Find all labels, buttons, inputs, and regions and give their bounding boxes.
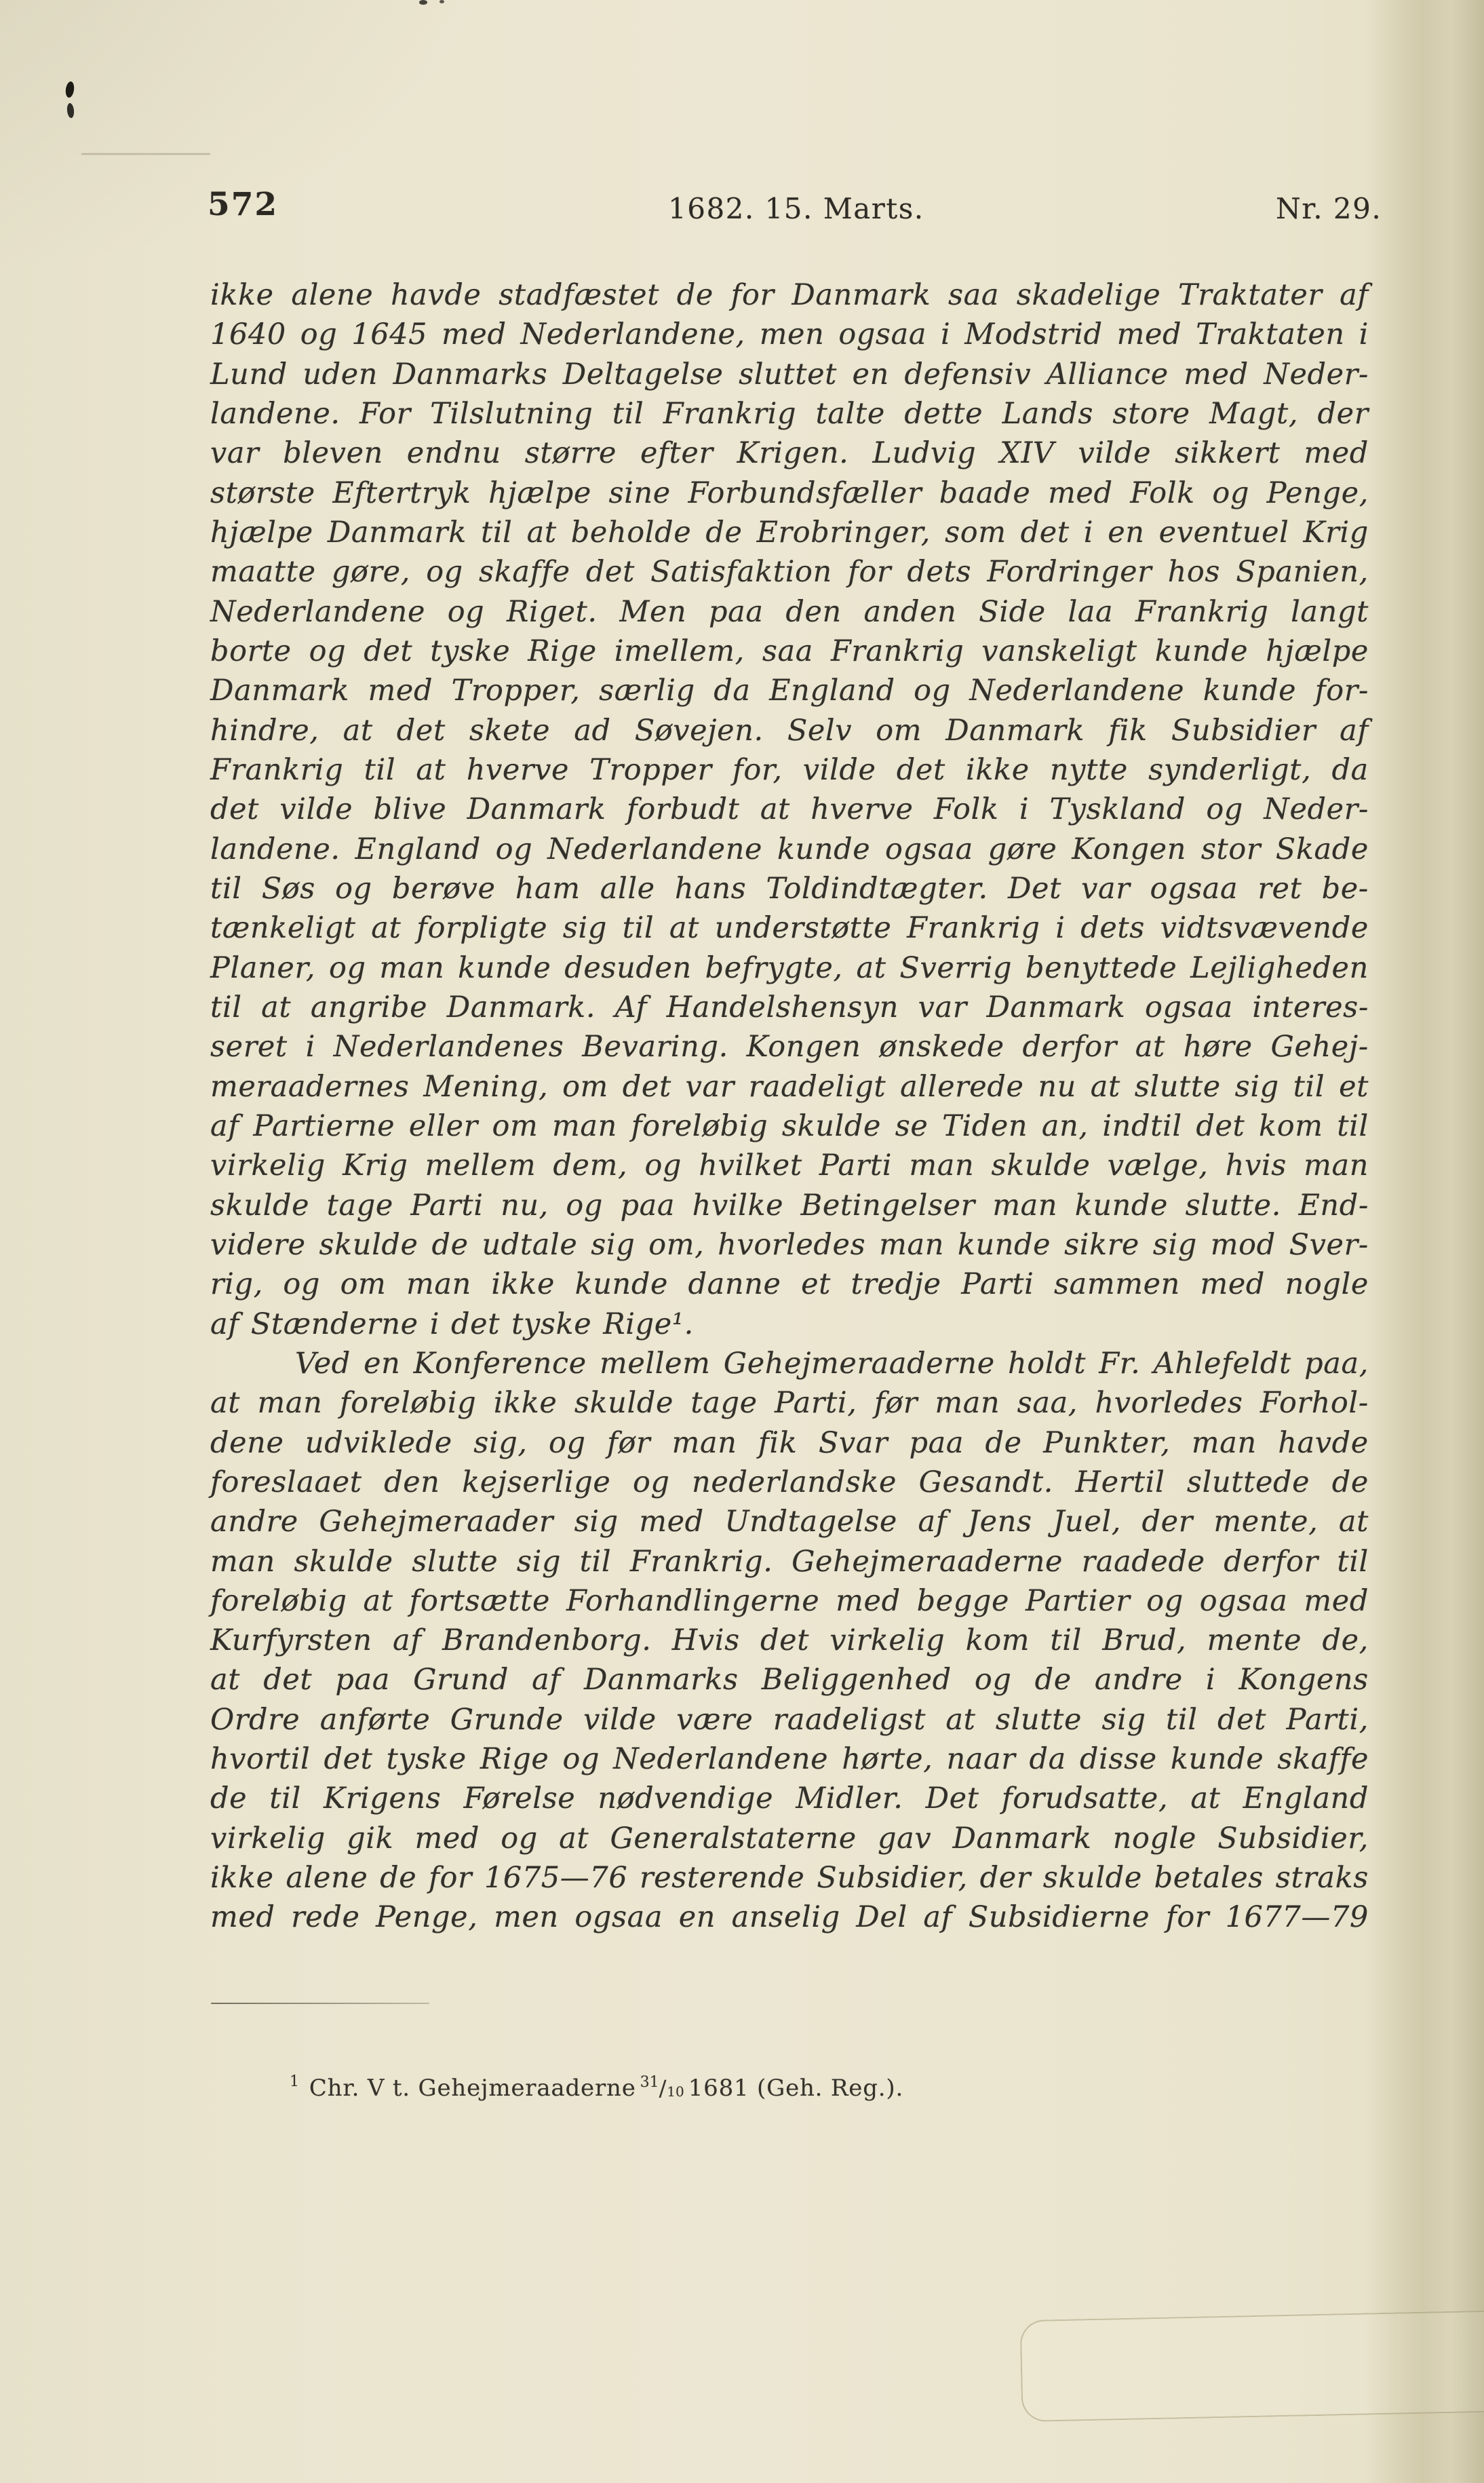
text-line: Planer,ogmankundedesudenbefrygte,atSverr… bbox=[210, 951, 1369, 990]
text-line: detvildebliveDanmarkforbudtathverveFolki… bbox=[210, 792, 1369, 832]
text-line: afPartierneellerommanforeløbigskuldeseTi… bbox=[210, 1109, 1369, 1149]
footnote-source: 1681 (Geh. Reg.). bbox=[688, 2075, 903, 2102]
text-line: hindre,atdetsketeadSøvejen.SelvomDanmark… bbox=[210, 714, 1369, 753]
text-line: borteogdettyskeRigeimellem,saaFrankrigva… bbox=[210, 634, 1369, 674]
text-line: ikkealenedefor1675—76resterendeSubsidier… bbox=[210, 1861, 1369, 1900]
ink-speck bbox=[64, 81, 75, 98]
text-line: medredePenge,menogsaaenanseligDelafSubsi… bbox=[210, 1900, 1369, 1940]
scanned-book-page: 572 1682. 15. Marts. Nr. 29. ikkealeneha… bbox=[0, 0, 1484, 2483]
text-line: deneudvikledesig,ogførmanfikSvarpaadePun… bbox=[210, 1426, 1369, 1465]
text-line: tilSøsogberøvehamallehansToldindtægter.D… bbox=[210, 872, 1369, 911]
paragraph: ikkealenehavdestadfæstetdeforDanmarksaas… bbox=[210, 278, 1369, 1347]
faint-pocket-outline bbox=[1020, 2309, 1484, 2422]
footnote-date-fraction: 31/10 bbox=[640, 2075, 684, 2102]
text-line: størsteEftertrykhjælpesineForbundsfæller… bbox=[210, 476, 1369, 516]
text-line: foreslaaetdenkejserligeognederlandskeGes… bbox=[210, 1465, 1369, 1505]
body-text: ikkealenehavdestadfæstetdeforDanmarksaas… bbox=[210, 278, 1369, 1940]
text-line: maattegøre,ogskaffedetSatisfaktionfordet… bbox=[210, 555, 1369, 594]
text-line: VedenKonferencemellemGehejmeraadernehold… bbox=[210, 1347, 1369, 1386]
header-document-number: Nr. 29. bbox=[1276, 192, 1382, 225]
text-line: NederlandeneogRiget.MenpaadenandenSidela… bbox=[210, 595, 1369, 634]
text-line: videreskuldedeudtalesigom,hvorledesmanku… bbox=[210, 1228, 1369, 1267]
text-line: 1640og1645medNederlandene,menogsaaiModst… bbox=[210, 317, 1369, 357]
text-line: andreGehejmeraadersigmedUndtagelseafJens… bbox=[210, 1505, 1369, 1544]
text-line: LundudenDanmarksDeltagelsesluttetendefen… bbox=[210, 358, 1369, 397]
text-line: skuldetagePartinu,ogpaahvilkeBetingelser… bbox=[210, 1189, 1369, 1228]
text-line: meraadernesMening,omdetvarraadeligtaller… bbox=[210, 1070, 1369, 1109]
text-line: atmanforeløbigikkeskuldetageParti,førman… bbox=[210, 1386, 1369, 1425]
header-date: 1682. 15. Marts. bbox=[668, 192, 924, 225]
text-line: afStænderneidettyskeRige¹. bbox=[210, 1307, 1369, 1347]
paragraph: VedenKonferencemellemGehejmeraadernehold… bbox=[210, 1347, 1369, 1940]
text-line: detilKrigensFørelsenødvendigeMidler.Detf… bbox=[210, 1782, 1369, 1821]
text-line: landene.EnglandogNederlandenekundeogsaag… bbox=[210, 832, 1369, 872]
text-line: DanmarkmedTropper,særligdaEnglandogNeder… bbox=[210, 674, 1369, 713]
page-number: 572 bbox=[208, 186, 278, 223]
text-line: OrdreanførteGrundevildeværeraadeligstats… bbox=[210, 1703, 1369, 1742]
text-line: atdetpaaGrundafDanmarksBeliggenhedogdean… bbox=[210, 1663, 1369, 1702]
text-line: tilatangribeDanmark.AfHandelshensynvarDa… bbox=[210, 990, 1369, 1030]
text-line: landene.ForTilslutningtilFrankrigtaltede… bbox=[210, 397, 1369, 436]
text-line: hvortildettyskeRigeogNederlandenehørte,n… bbox=[210, 1742, 1369, 1782]
footnote-reference: Chr. V t. Gehejmeraaderne bbox=[309, 2075, 636, 2102]
text-line: rig,ogommanikkekundedanneettredjePartisa… bbox=[210, 1267, 1369, 1307]
text-line: FrankrigtilathverveTropperfor,vildedetik… bbox=[210, 753, 1369, 792]
ink-speck bbox=[440, 0, 444, 3]
ink-speck bbox=[66, 103, 75, 119]
text-line: virkeliggikmedogatGeneralstaternegavDanm… bbox=[210, 1822, 1369, 1861]
text-line: tænkeligtatforpligtesigtilatunderstøtteF… bbox=[210, 911, 1369, 950]
footnote-separator-rule bbox=[211, 2003, 429, 2004]
footnote: 1Chr. V t. Gehejmeraaderne31/101681 (Geh… bbox=[290, 2073, 903, 2102]
text-line: hjælpeDanmarktilatbeholdedeErobringer,so… bbox=[210, 516, 1369, 555]
text-line: seretiNederlandenesBevaring.Kongenønsked… bbox=[210, 1030, 1369, 1069]
text-line: manskuldesluttesigtilFrankrig.Gehejmeraa… bbox=[210, 1545, 1369, 1584]
text-line: KurfyrstenafBrandenborg.Hvisdetvirkeligk… bbox=[210, 1623, 1369, 1663]
footnote-marker: 1 bbox=[290, 2073, 300, 2090]
ink-speck bbox=[419, 0, 427, 5]
paper-scratch bbox=[81, 153, 210, 155]
text-line: foreløbigatfortsætteForhandlingernemedbe… bbox=[210, 1584, 1369, 1623]
text-line: ikkealenehavdestadfæstetdeforDanmarksaas… bbox=[210, 278, 1369, 317]
text-line: varblevenendnustørreefterKrigen.LudvigXI… bbox=[210, 436, 1369, 476]
page-edge-shading bbox=[1366, 0, 1484, 2483]
text-line: virkeligKrigmellemdem,oghvilketPartimans… bbox=[210, 1149, 1369, 1188]
